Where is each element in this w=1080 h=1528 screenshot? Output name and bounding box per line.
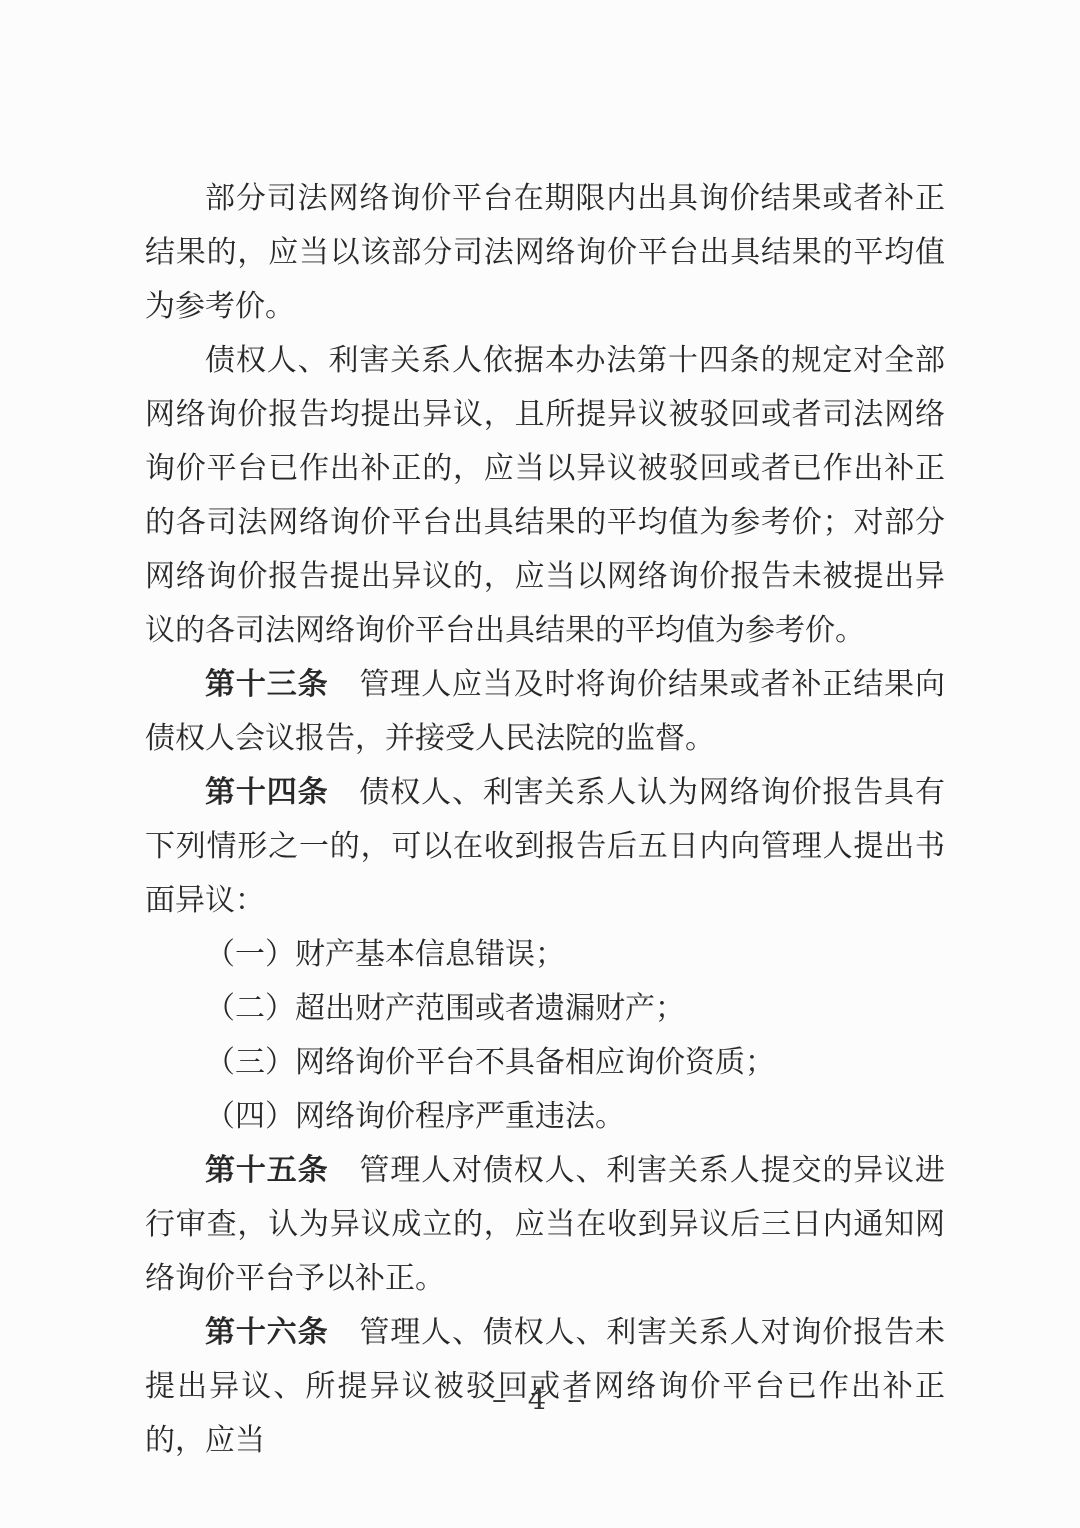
article-number: 第十六条 [205, 1315, 328, 1350]
paragraph-objection-average: 债权人、利害关系人依据本办法第十四条的规定对全部网络询价报告均提出异议，且所提异… [145, 334, 945, 658]
text-run: （一）财产基本信息错误； [205, 937, 565, 972]
page-number: – 4 – [0, 1372, 1080, 1426]
document-page: 部分司法网络询价平台在期限内出具询价结果或者补正结果的，应当以该部分司法网络询价… [0, 0, 1080, 1528]
paragraph-article-13: 第十三条 管理人应当及时将询价结果或者补正结果向债权人会议报告，并接受人民法院的… [145, 658, 945, 766]
paragraph-item-3: （三）网络询价平台不具备相应询价资质； [145, 1036, 945, 1090]
text-run: （二）超出财产范围或者遗漏财产； [205, 991, 685, 1026]
paragraph-article-14: 第十四条 债权人、利害关系人认为网络询价报告具有下列情形之一的，可以在收到报告后… [145, 766, 945, 928]
article-number: 第十四条 [205, 775, 328, 810]
paragraph-article-15: 第十五条 管理人对债权人、利害关系人提交的异议进行审查，认为异议成立的，应当在收… [145, 1144, 945, 1306]
paragraph-partial-result: 部分司法网络询价平台在期限内出具询价结果或者补正结果的，应当以该部分司法网络询价… [145, 172, 945, 334]
text-run: （四）网络询价程序严重违法。 [205, 1099, 625, 1134]
text-run: 债权人、利害关系人依据本办法第十四条的规定对全部网络询价报告均提出异议，且所提异… [145, 343, 945, 648]
paragraph-item-2: （二）超出财产范围或者遗漏财产； [145, 982, 945, 1036]
article-number: 第十五条 [205, 1153, 328, 1188]
paragraph-item-4: （四）网络询价程序严重违法。 [145, 1090, 945, 1144]
paragraph-item-1: （一）财产基本信息错误； [145, 928, 945, 982]
text-run: （三）网络询价平台不具备相应询价资质； [205, 1045, 775, 1080]
document-body: 部分司法网络询价平台在期限内出具询价结果或者补正结果的，应当以该部分司法网络询价… [145, 172, 945, 1468]
article-number: 第十三条 [205, 667, 328, 702]
text-run: 部分司法网络询价平台在期限内出具询价结果或者补正结果的，应当以该部分司法网络询价… [145, 181, 945, 324]
